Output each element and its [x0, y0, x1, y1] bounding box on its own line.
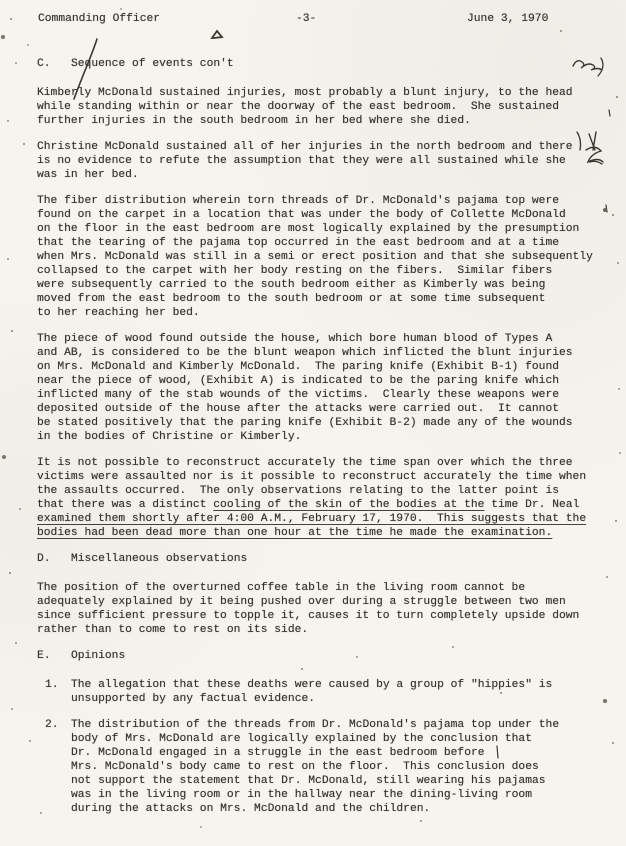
- document-line: inflicted many of the stab wounds of the…: [37, 388, 612, 402]
- document-line: while standing within or near the doorwa…: [37, 100, 612, 114]
- document-line: be stated positively that the paring kni…: [37, 416, 612, 430]
- plain-text: that there was a distinct: [37, 499, 213, 511]
- document-line: were subsequently carried to the south b…: [37, 278, 612, 292]
- section-label: D.: [37, 552, 71, 566]
- document-line: rather than to come to rest on its side.: [37, 623, 612, 637]
- document-line: in the bodies of Christine or Kimberly.: [37, 430, 612, 444]
- document-line: that the tearing of the pajama top occur…: [37, 236, 612, 250]
- item-number: 1.: [37, 678, 71, 706]
- document-line: collapsed to the carpet with her body re…: [37, 264, 612, 278]
- underlined-text: bodies had been dead more than one hour …: [37, 527, 552, 539]
- document-line: on Mrs. McDonald and Kimberly McDonald. …: [37, 360, 612, 374]
- document-line: is no evidence to refute the assumption …: [37, 154, 612, 168]
- section-title: Miscellaneous observations: [71, 552, 247, 566]
- paragraph: The position of the overturned coffee ta…: [37, 581, 612, 637]
- paragraph: Christine McDonald sustained all of her …: [37, 140, 612, 182]
- document-line: was in her bed.: [37, 168, 612, 182]
- document-line: found on the carpet in a location that w…: [37, 208, 612, 222]
- document-line: was in the living room or in the hallway…: [71, 788, 559, 802]
- item-number: 2.: [37, 718, 71, 816]
- ink-smudge-caret: [212, 31, 222, 38]
- paragraph: The fiber distribution wherein torn thre…: [37, 194, 612, 320]
- document-line: Christine McDonald sustained all of her …: [37, 140, 612, 154]
- document-line: not support the statement that Dr. McDon…: [71, 774, 559, 788]
- document-line: Dr. McDonald engaged in a struggle in th…: [71, 746, 559, 760]
- section-label: E.: [37, 649, 71, 663]
- document-line: victims were assaulted nor is it possibl…: [37, 470, 612, 484]
- document-line: further injuries in the south bedroom in…: [37, 114, 612, 128]
- document-line: near the piece of wood, (Exhibit A) is i…: [37, 374, 612, 388]
- document-line: to her reaching her bed.: [37, 306, 612, 320]
- document-line: during the attacks on Mrs. McDonald and …: [71, 802, 559, 816]
- section-heading-e: E.Opinions: [37, 649, 612, 663]
- page-header: Commanding Officer -3- June 3, 1970: [0, 12, 626, 28]
- section-heading-d: D.Miscellaneous observations: [37, 552, 612, 566]
- paragraph: It is not possible to reconstruct accura…: [37, 456, 612, 540]
- page-number: -3-: [296, 12, 316, 26]
- document-line: The position of the overturned coffee ta…: [37, 581, 612, 595]
- section-label: C.: [37, 57, 71, 71]
- document-line: examined them shortly after 4:00 A.M., F…: [37, 512, 612, 526]
- opinion-item: 2.The distribution of the threads from D…: [37, 718, 612, 816]
- document-line: the assaults occurred. The only observat…: [37, 484, 612, 498]
- opinion-item: 1.The allegation that these deaths were …: [37, 678, 612, 706]
- item-text: The distribution of the threads from Dr.…: [71, 718, 559, 816]
- document-line: body of Mrs. McDonald are logically expl…: [71, 732, 559, 746]
- document-line: The piece of wood found outside the hous…: [37, 332, 612, 346]
- document-line: Mrs. McDonald's body came to rest on the…: [71, 760, 559, 774]
- item-text: The allegation that these deaths were ca…: [71, 678, 552, 706]
- section-title: Sequence of events con't: [71, 57, 234, 71]
- section-heading-c: C.Sequence of events con't: [37, 57, 612, 71]
- header-addressee: Commanding Officer: [38, 12, 160, 26]
- document-line: and AB, is considered to be the blunt we…: [37, 346, 612, 360]
- document-line: The allegation that these deaths were ca…: [71, 678, 552, 692]
- document-line: deposited outside of the house after the…: [37, 402, 612, 416]
- section-title: Opinions: [71, 649, 125, 663]
- document-page: Commanding Officer -3- June 3, 1970 C.Se…: [0, 0, 626, 846]
- paragraph: The piece of wood found outside the hous…: [37, 332, 612, 444]
- document-line: moved from the east bedroom to the south…: [37, 292, 612, 306]
- header-date: June 3, 1970: [467, 12, 548, 26]
- document-line: since sufficient pressure to topple it, …: [37, 609, 612, 623]
- document-line: adequately explained by it being pushed …: [37, 595, 612, 609]
- underlined-text: examined them shortly after 4:00 A.M., F…: [37, 513, 586, 525]
- document-line: that there was a distinct cooling of the…: [37, 498, 612, 512]
- document-line: when Mrs. McDonald was still in a semi o…: [37, 250, 612, 264]
- paragraph: Kimberly McDonald sustained injuries, mo…: [37, 86, 612, 128]
- document-body: C.Sequence of events con'tKimberly McDon…: [37, 57, 612, 828]
- plain-text: time Dr. Neal: [484, 499, 579, 511]
- document-line: unsupported by any factual evidence.: [71, 692, 552, 706]
- document-line: on the floor in the east bedroom are mos…: [37, 222, 612, 236]
- document-line: It is not possible to reconstruct accura…: [37, 456, 612, 470]
- underlined-text: cooling of the skin of the bodies at the: [213, 499, 484, 511]
- document-line: The distribution of the threads from Dr.…: [71, 718, 559, 732]
- document-line: Kimberly McDonald sustained injuries, mo…: [37, 86, 612, 100]
- document-line: bodies had been dead more than one hour …: [37, 526, 612, 540]
- document-line: The fiber distribution wherein torn thre…: [37, 194, 612, 208]
- photocopy-speckles: [0, 0, 2, 2]
